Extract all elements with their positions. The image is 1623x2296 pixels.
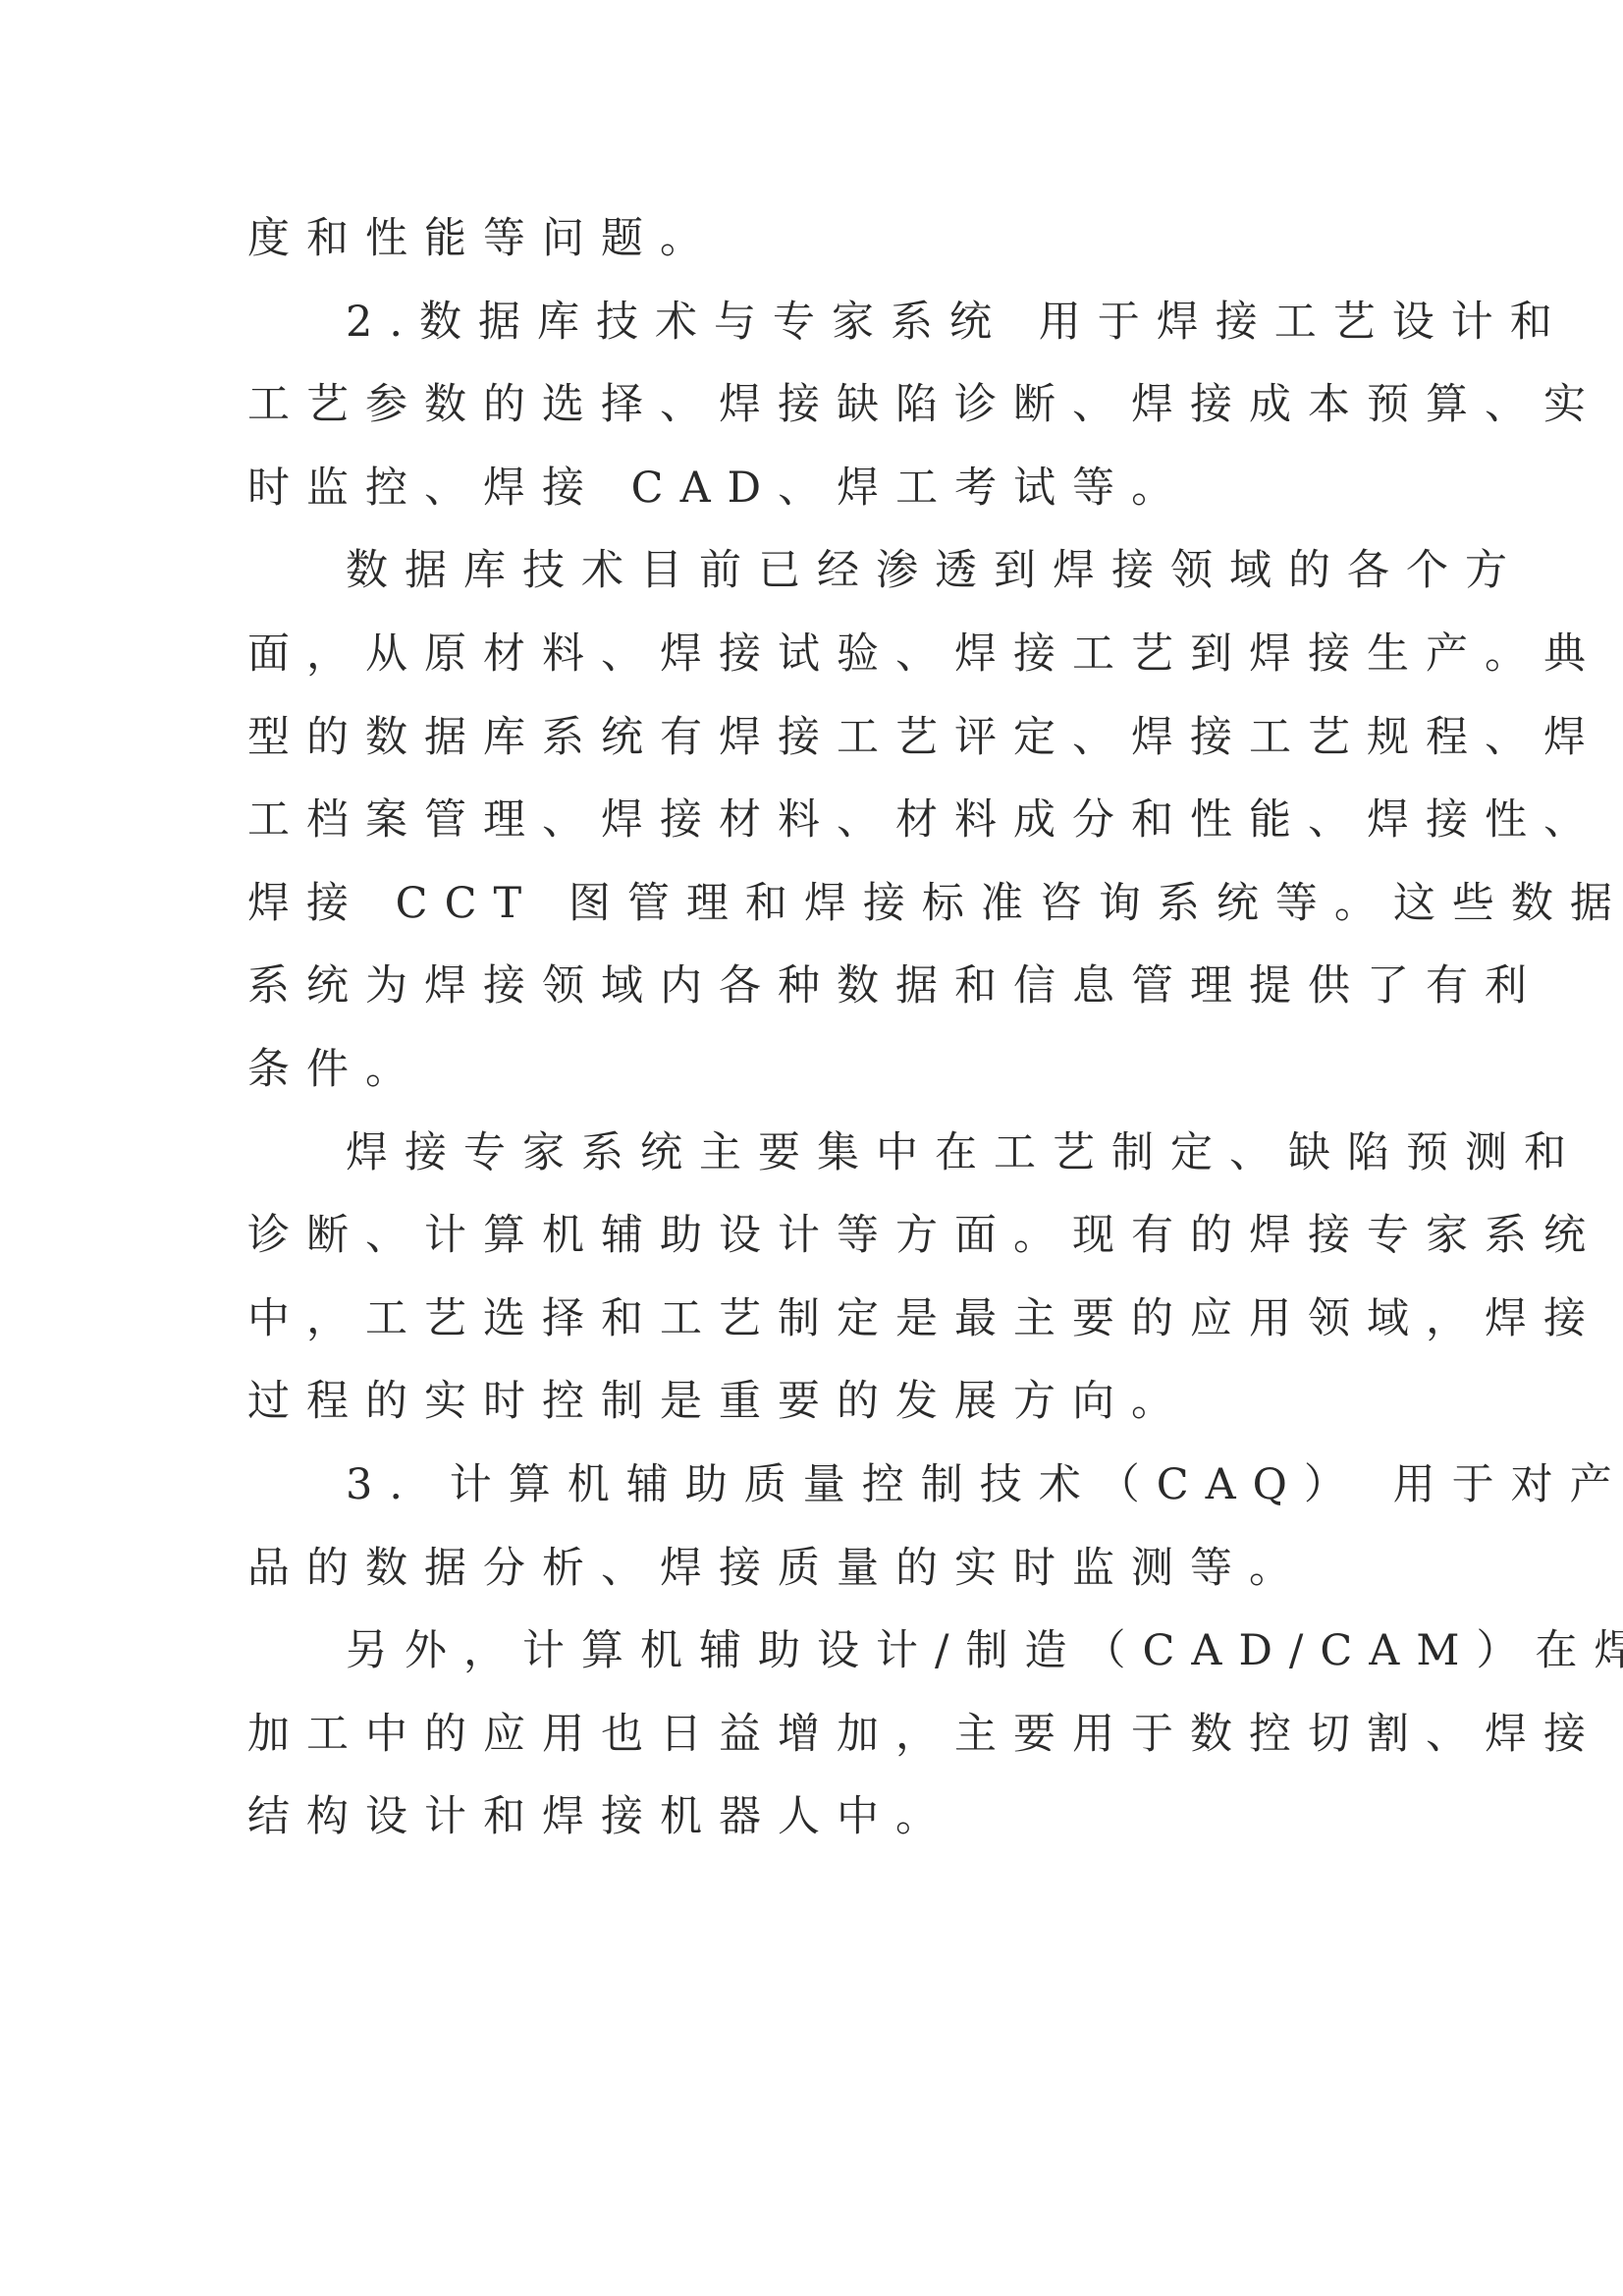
document-page: 度和性能等问题。 2.数据库技术与专家系统 用于焊接工艺设计和 工艺参数的选择、… [0,0,1623,2296]
text-line: 结构设计和焊接机器人中。 [247,1787,1386,1871]
text-line: 面，从原材料、焊接试验、焊接工艺到焊接生产。典 [247,625,1386,708]
text-line: 系统为焊接领域内各种数据和信息管理提供了有利 [247,957,1386,1040]
text-line: 另外，计算机辅助设计/制造（CAD/CAM）在焊接 [247,1621,1386,1705]
paragraph-caq: 3. 计算机辅助质量控制技术（CAQ） 用于对产 品的数据分析、焊接质量的实时监… [247,1455,1386,1621]
text-line: 加工中的应用也日益增加，主要用于数控切割、焊接 [247,1705,1386,1788]
paragraph-welding-expert-systems: 焊接专家系统主要集中在工艺制定、缺陷预测和 诊断、计算机辅助设计等方面。现有的焊… [247,1123,1386,1455]
document-body: 度和性能等问题。 2.数据库技术与专家系统 用于焊接工艺设计和 工艺参数的选择、… [247,209,1386,1871]
text-line: 过程的实时控制是重要的发展方向。 [247,1372,1386,1455]
paragraph-database-technology: 数据库技术目前已经渗透到焊接领域的各个方 面，从原材料、焊接试验、焊接工艺到焊接… [247,541,1386,1122]
text-line: 工档案管理、焊接材料、材料成分和性能、焊接性、 [247,791,1386,874]
text-line: 品的数据分析、焊接质量的实时监测等。 [247,1539,1386,1622]
text-line: 度和性能等问题。 [247,209,1386,293]
text-line: 诊断、计算机辅助设计等方面。现有的焊接专家系统 [247,1206,1386,1289]
paragraph-database-expert-systems: 2.数据库技术与专家系统 用于焊接工艺设计和 工艺参数的选择、焊接缺陷诊断、焊接… [247,293,1386,542]
text-line: 焊接专家系统主要集中在工艺制定、缺陷预测和 [247,1123,1386,1207]
text-line: 数据库技术目前已经渗透到焊接领域的各个方 [247,541,1386,625]
text-line: 时监控、焊接 CAD、焊工考试等。 [247,459,1386,542]
text-line: 2.数据库技术与专家系统 用于焊接工艺设计和 [247,293,1386,376]
paragraph-cad-cam: 另外，计算机辅助设计/制造（CAD/CAM）在焊接 加工中的应用也日益增加，主要… [247,1621,1386,1871]
paragraph-continuation: 度和性能等问题。 [247,209,1386,293]
text-line: 中，工艺选择和工艺制定是最主要的应用领域，焊接 [247,1289,1386,1373]
text-line: 3. 计算机辅助质量控制技术（CAQ） 用于对产 [247,1455,1386,1539]
text-line: 条件。 [247,1040,1386,1123]
text-line: 焊接 CCT 图管理和焊接标准咨询系统等。这些数据库 [247,874,1386,957]
text-line: 工艺参数的选择、焊接缺陷诊断、焊接成本预算、实 [247,375,1386,459]
text-line: 型的数据库系统有焊接工艺评定、焊接工艺规程、焊 [247,708,1386,792]
